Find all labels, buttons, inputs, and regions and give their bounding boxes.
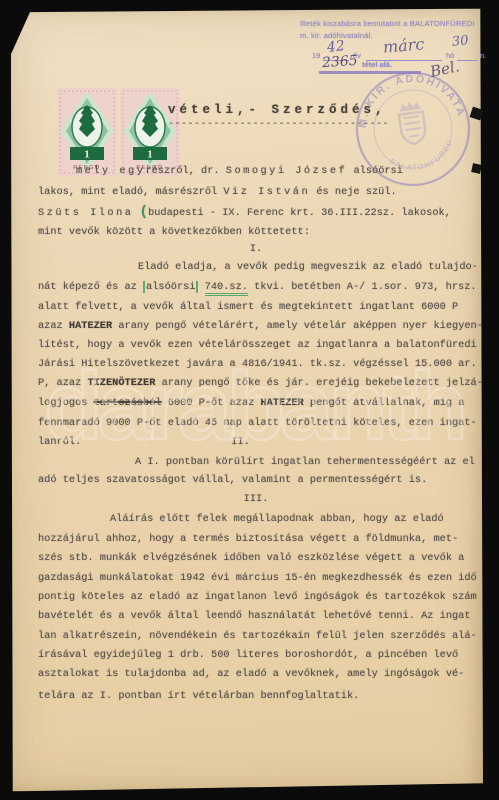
document-line: azaz HATEZER arany pengő vételárért, ame… [38,320,474,332]
typewriter-text: III. [244,493,269,505]
typewriter-text: pengőt átvállalnak, míg a [304,397,465,409]
typewriter-text: alsóörsi [347,165,403,177]
typewriter-text: telára az I. pontban írt vételárban benn… [38,690,359,702]
typewriter-text: mely egy [76,165,145,177]
typewriter-text: fennmaradó 9000 P-őt eladó 45 nap alatt … [38,417,477,429]
pencil-mark-text: alsóörsi [143,281,198,293]
document-line: pontig köteles az eladó az ingatlanon le… [38,591,474,603]
document-line: III. [38,493,474,505]
typewriter-text: Eladó eladja, a vevők pedig megveszik az… [138,261,478,273]
typewriter-text: hozzájárul ahhoz, hogy a termés biztosít… [38,533,458,545]
document-line: írásával egyidejűleg 1 drb. 500 literes … [38,649,474,661]
document-line: telára az I. pontban írt vételárban benn… [38,690,474,702]
document-line: fennmaradó 9000 P-őt eladó 45 nap alatt … [38,417,474,429]
document-line: adó teljes szavatosságot vállal, valamin… [38,474,474,486]
tax-stamp-entry-label: tétel alá. [362,60,392,69]
typewriter-text: Járási Hitelszövetkezet javára a 4816/19… [38,358,477,370]
typewriter-text: adó teljes szavatosságot vállal, valamin… [38,474,427,486]
document-line: lanról.II. [38,436,474,448]
pencil-mark-text: II. [231,436,250,448]
typewriter-text: írásával egyidejűleg 1 drb. 500 literes … [38,649,458,661]
typewriter-text: alatt felvett, a vevők által ismert és m… [38,301,458,313]
typewriter-text: P, azaz [38,377,87,389]
emphasized-text: HATEZER [69,320,112,332]
typewriter-text: budapesti - IX. Ferenc krt. 36.III.22sz.… [148,207,451,219]
typewriter-text: Aláírás előtt felek megállapodnak abban,… [110,513,444,525]
typewriter-text: szés stb. munkák elvégzésének időben val… [38,552,464,564]
pencil-mark-text: ( [140,204,148,220]
typewriter-text: azaz [38,320,69,332]
document-line: I. [38,243,474,255]
title-underline: ---------------------------------- [168,119,389,130]
typewriter-text: lakos, mint eladó, másrészről [38,186,223,198]
tax-stamp-line1: Illeték kiszabásra bemutatott a BALATONF… [300,19,475,28]
typewriter-text: arany pengő vételárért, amely vételár ak… [112,320,483,332]
tax-stamp-year-prefix: 19 [312,51,320,60]
document-line: lítést, hogy a vevők ezen vételárösszege… [38,339,474,351]
document-line: bavételét és a vevők által leendő haszná… [38,610,474,622]
typewriter-text: arany pengő tőke és jár. erejéig bekebel… [155,377,483,389]
typewriter-text: pontig köteles az eladó az ingatlanon le… [38,591,477,603]
document-line: szés stb. munkák elvégzésének időben val… [38,552,474,564]
document-line: lakos, mint eladó, másrészről Viz István… [38,186,474,198]
revenue-stamp-1-pengo: 1 PENGŐ [56,87,118,177]
document-line: asztalokat is tulajdonba ad, az eladó a … [38,668,474,680]
typewriter-text: és neje szül. [310,186,397,198]
photo-background: Illeték kiszabásra bemutatott a BALATONF… [0,0,499,800]
document-line: alatt felvett, a vevők által ismert és m… [38,301,474,313]
document-line: A I. pontban körülírt ingatlan teherment… [38,456,474,468]
typewriter-text: Viz István [223,186,310,198]
document-line: mely egyrészről, dr. Somogyi József alsó… [38,165,474,177]
typewriter-text: logjogos [38,397,94,409]
typewriter-text: asztalokat is tulajdonba ad, az eladó a … [38,668,464,680]
handwritten-entry-number: 2365 [321,53,358,71]
handwritten-day: 30 [451,33,469,50]
typewriter-text: A I. pontban körülírt ingatlan teherment… [135,456,475,468]
typewriter-text: tkvi. betétben A-/ 1.sor. 973, hrsz. [248,281,477,293]
typewriter-text: mint vevők között a következőkben köttet… [38,226,310,238]
document-line: Eladó eladja, a vevők pedig megveszik az… [38,261,474,273]
document-title: vételi,- Szerződés, [168,103,387,117]
document-line: Aláírás előtt felek megállapodnak abban,… [38,513,474,525]
seal-crest-icon [397,100,427,146]
emphasized-text: HATEZER [260,397,303,409]
handwritten-month: márc [382,34,425,57]
document-line: gazdasági munkálatokat 1942 évi március … [38,572,474,584]
typewriter-text: bavételét és a vevők által leendő haszná… [38,610,471,622]
revenue-stamp-1-pengo: 1 PENGŐ [119,87,181,177]
document-line: hozzájárul ahhoz, hogy a termés biztosít… [38,533,474,545]
typewriter-text: gazdasági munkálatokat 1942 évi március … [38,572,477,584]
typewriter-text: nát képező és az [38,281,143,293]
document-line: nát képező és az alsóörsi 740.sz. tkvi. … [38,281,474,293]
typewriter-text: lítést, hogy a vevők ezen vételárösszege… [38,339,477,351]
document-line: Szüts Ilona (budapesti - IX. Ferenc krt.… [38,206,474,219]
pencil-mark-text: 740.sz. [205,281,248,296]
stamp-denomination: 1 [84,149,90,161]
typewriter-text: Somogyi József [226,165,348,177]
typewriter-text: részről, dr. [145,165,225,177]
emphasized-text: TIZENÖTEZER [87,377,155,389]
typewriter-text: Szüts Ilona [38,207,133,219]
document-line: lan alkatrészein, növendékein és tartozé… [38,630,474,642]
document-line: Járási Hitelszövetkezet javára a 4816/19… [38,358,474,370]
document-line: mint vevők között a következőkben köttet… [38,226,474,238]
typewriter-text [198,281,204,293]
stamp-denomination: 1 [147,149,153,161]
typewriter-text: lanról. [38,436,81,448]
edge-clip-mark [471,163,482,174]
typewriter-text: tartozásból [94,397,162,409]
typewriter-text: lan alkatrészein, növendékein és tartozé… [38,630,477,642]
tax-stamp-n-label: n. [480,51,486,60]
document-line: P, azaz TIZENÖTEZER arany pengő tőke és … [38,377,474,389]
typewriter-text: I. [250,243,262,255]
typewriter-text: 6000 P-őt azaz [162,397,261,409]
document-line: logjogos tartozásból 6000 P-őt azaz HATE… [38,397,474,409]
